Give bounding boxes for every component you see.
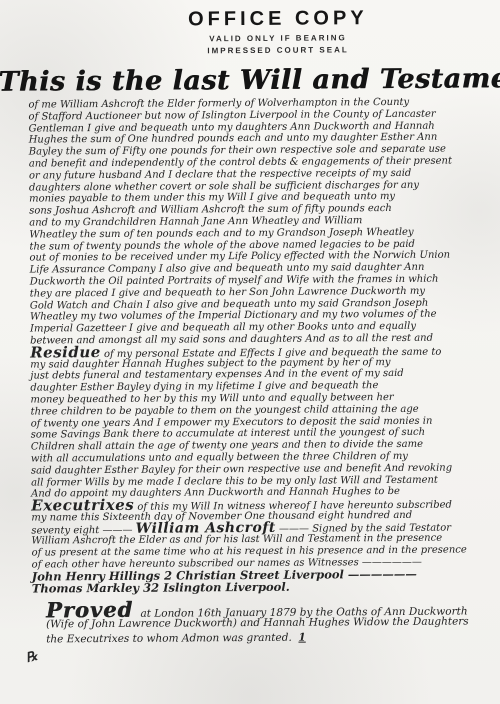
stamp-subtitle-line2: IMPRESSED COURT SEAL (58, 44, 498, 56)
scanned-will-document: OFFICE COPY VALID ONLY IF BEARING IMPRES… (0, 0, 500, 704)
stamp-subtitle-line1: VALID ONLY IF BEARING (58, 32, 498, 44)
will-body-text: of me William Ashcroft the Elder formerl… (28, 96, 475, 595)
text-line: the Executrixes to whom Admon was grante… (46, 630, 476, 648)
stamp-title: OFFICE COPY (58, 6, 498, 32)
text-line: Thomas Markley 32 Islington Liverpool. (32, 580, 476, 595)
probate-clause: Proved at London 16th January 1879 by th… (46, 600, 476, 648)
will-title: This is the last Will and Testament (0, 63, 498, 97)
paraph-mark: ℞ (24, 649, 39, 666)
office-copy-stamp: OFFICE COPY VALID ONLY IF BEARING IMPRES… (58, 6, 498, 56)
document-content: OFFICE COPY VALID ONLY IF BEARING IMPRES… (0, 6, 500, 648)
